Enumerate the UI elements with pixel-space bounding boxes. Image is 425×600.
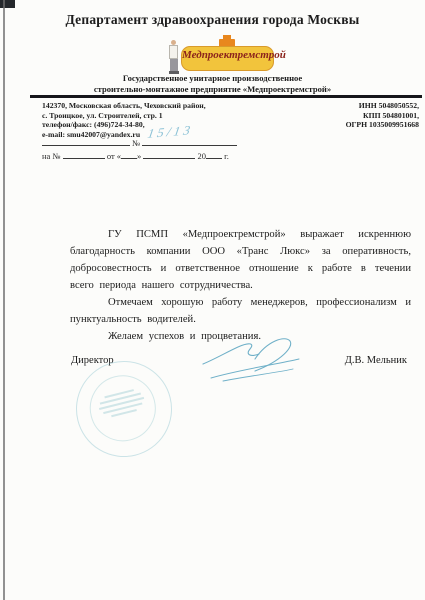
address-line1: 142370, Московская область, Чеховский ра… xyxy=(42,101,206,111)
body-paragraph-2: Отмечаем хорошую работу менеджеров, проф… xyxy=(70,294,411,328)
ogrn-value: ОГРН 1035009951668 xyxy=(346,120,419,130)
worker-icon xyxy=(167,40,180,74)
header-divider xyxy=(30,95,422,98)
reference-block: № 15/13 на № от «» 20 г. xyxy=(42,136,282,162)
day-blank xyxy=(121,149,137,159)
reply-ref-line: на № от «» 20 г. xyxy=(42,149,282,162)
address-line2: с. Троицкое, ул. Строителей, стр. 1 xyxy=(42,111,206,121)
number-sign: № xyxy=(132,138,140,148)
year-prefix: 20 xyxy=(198,151,207,161)
handwritten-ref-number: 15/13 xyxy=(147,122,195,142)
page-title: Департамент здравоохранения города Москв… xyxy=(0,12,425,28)
ref-number-line: № 15/13 xyxy=(42,136,282,149)
company-logo: Медпроектремстрой xyxy=(0,38,425,74)
company-codes: ИНН 5048050552, КПП 504801001, ОГРН 1035… xyxy=(346,101,419,130)
number-blank: 15/13 xyxy=(142,136,237,146)
stamp-center-text xyxy=(88,385,155,422)
year-blank xyxy=(206,149,222,159)
from-label: от « xyxy=(107,151,121,161)
body-paragraph-1: ГУ ПСМП «Медпроектремстрой» выражает иск… xyxy=(70,226,411,294)
signer-name: Д.В. Мельник xyxy=(345,355,407,366)
kpp-value: КПП 504801001, xyxy=(346,111,419,121)
letter-page: Департамент здравоохранения города Москв… xyxy=(0,0,425,600)
month-blank xyxy=(143,149,195,159)
quote-close: » xyxy=(137,151,141,161)
inn-value: ИНН 5048050552, xyxy=(346,101,419,111)
year-suffix: г. xyxy=(224,151,229,161)
logo-text: Медпроектремстрой xyxy=(182,49,275,61)
org-name: Государственное унитарное производственн… xyxy=(0,73,425,94)
org-name-line1: Государственное унитарное производственн… xyxy=(0,73,425,84)
org-name-line2: строительно-монтажное предприятие «Медпр… xyxy=(0,84,425,95)
stamp-inner-ring xyxy=(83,368,163,448)
signature-scribble xyxy=(193,331,305,385)
letter-body: ГУ ПСМП «Медпроектремстрой» выражает иск… xyxy=(70,226,411,345)
reply-number-blank xyxy=(63,149,105,159)
on-number-label: на № xyxy=(42,151,61,161)
round-stamp xyxy=(66,351,182,467)
date-blank xyxy=(42,136,130,146)
